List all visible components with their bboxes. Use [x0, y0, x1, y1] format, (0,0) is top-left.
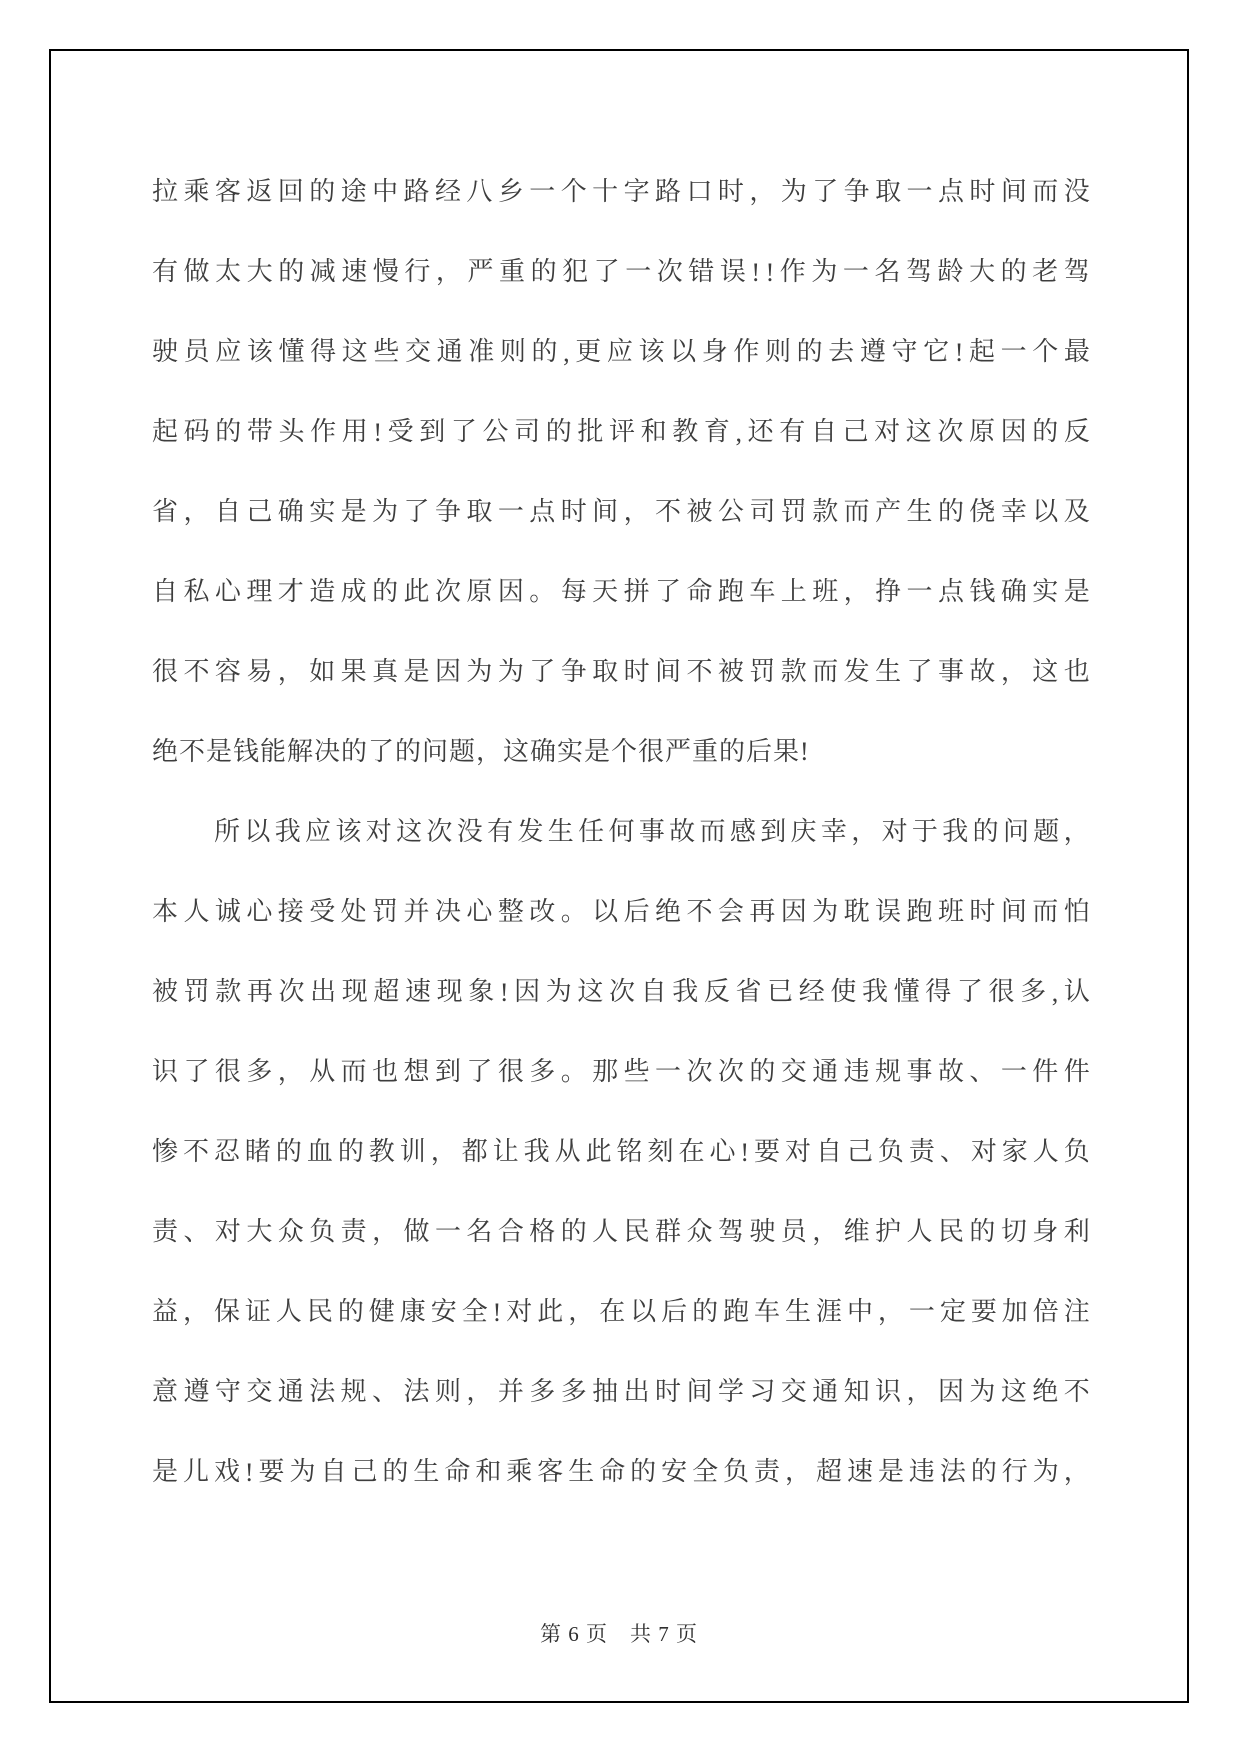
- text-line: 责、对大众负责，做一名合格的人民群众驾驶员，维护人民的切身利: [152, 1168, 1090, 1248]
- text-line: 省，自己确实是为了争取一点时间，不被公司罚款而产生的侥幸以及: [152, 448, 1090, 528]
- text-line: 被罚款再次出现超速现象!因为这次自我反省已经使我懂得了很多,认: [152, 928, 1090, 1008]
- text-line: 有做太大的减速慢行，严重的犯了一次错误!!作为一名驾龄大的老驾: [152, 208, 1090, 288]
- document-text: 拉乘客返回的途中路经八乡一个十字路口时，为了争取一点时间而没 有做太大的减速慢行…: [152, 128, 1090, 1488]
- text-line: 起码的带头作用!受到了公司的批评和教育,还有自己对这次原因的反: [152, 368, 1090, 448]
- text-line: 绝不是钱能解决的了的问题，这确实是个很严重的后果!: [152, 688, 1090, 768]
- text-line: 意遵守交通法规、法则，并多多抽出时间学习交通知识，因为这绝不: [152, 1328, 1090, 1408]
- text-line: 所以我应该对这次没有发生任何事故而感到庆幸，对于我的问题，: [152, 768, 1090, 848]
- text-line: 自私心理才造成的此次原因。每天拼了命跑车上班，挣一点钱确实是: [152, 528, 1090, 608]
- text-line: 是儿戏!要为自己的生命和乘客生命的安全负责，超速是违法的行为，: [152, 1408, 1090, 1488]
- text-line: 益，保证人民的健康安全!对此，在以后的跑车生涯中，一定要加倍注: [152, 1248, 1090, 1328]
- text-line: 拉乘客返回的途中路经八乡一个十字路口时，为了争取一点时间而没: [152, 128, 1090, 208]
- text-line: 惨不忍睹的血的教训，都让我从此铭刻在心!要对自己负责、对家人负: [152, 1088, 1090, 1168]
- page-footer: 第 6 页 共 7 页: [49, 1618, 1189, 1648]
- text-line: 本人诚心接受处罚并决心整改。以后绝不会再因为耽误跑班时间而怕: [152, 848, 1090, 928]
- text-line: 很不容易，如果真是因为为了争取时间不被罚款而发生了事故，这也: [152, 608, 1090, 688]
- text-line: 识了很多，从而也想到了很多。那些一次次的交通违规事故、一件件: [152, 1008, 1090, 1088]
- text-line: 驶员应该懂得这些交通准则的,更应该以身作则的去遵守它!起一个最: [152, 288, 1090, 368]
- page-number-label: 第 6 页 共 7 页: [540, 1622, 698, 1646]
